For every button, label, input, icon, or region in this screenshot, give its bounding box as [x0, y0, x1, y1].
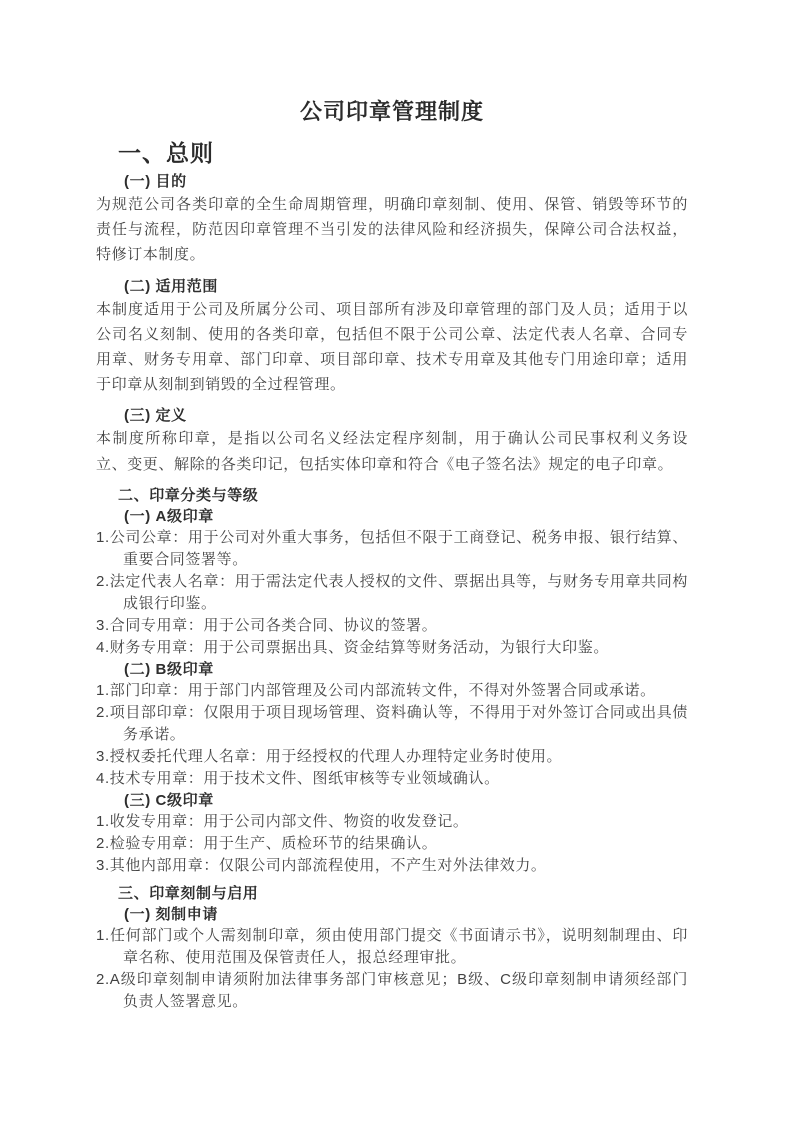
list-item: 4.财务专用章：用于公司票据出具、资金结算等财务活动，为银行大印鉴。 — [96, 637, 688, 659]
list-item: 1.收发专用章：用于公司内部文件、物资的收发登记。 — [96, 811, 688, 833]
list-item: 1.任何部门或个人需刻制印章，须由使用部门提交《书面请示书》，说明刻制理由、印章… — [96, 925, 688, 969]
list-item: 3.合同专用章：用于公司各类合同、协议的签署。 — [96, 615, 688, 637]
list-item-text: 任何部门或个人需刻制印章，须由使用部门提交《书面请示书》，说明刻制理由、印章名称… — [110, 927, 688, 966]
list-item: 2.检验专用章：用于生产、质检环节的结果确认。 — [96, 833, 688, 855]
list-item-text: 项目部印章：仅限用于项目现场管理、资料确认等，不得用于对外签订合同或出具债务承诺… — [110, 704, 688, 743]
section-heading-grade-a: (一) A级印章 — [124, 506, 688, 527]
paragraph-scope: 本制度适用于公司及所属分公司、项目部所有涉及印章管理的部门及人员；适用于以公司名… — [96, 297, 688, 398]
list-item-text: 其他内部用章：仅限公司内部流程使用，不产生对外法律效力。 — [110, 857, 547, 874]
section-heading-engrave-apply: (一) 刻制申请 — [124, 904, 688, 925]
list-item-text: 技术专用章：用于技术文件、图纸审核等专业领域确认。 — [110, 770, 500, 787]
section-heading-grade-c: (三) C级印章 — [124, 790, 688, 811]
list-item-number: 1. — [96, 927, 110, 944]
chapter-1-heading: 一、总则 — [118, 139, 688, 167]
list-item-text: 检验专用章：用于生产、质检环节的结果确认。 — [110, 835, 438, 852]
list-item-text: 公司公章：用于公司对外重大事务，包括但不限于工商登记、税务申报、银行结算、重要合… — [110, 529, 688, 568]
list-item: 3.授权委托代理人名章：用于经授权的代理人办理特定业务时使用。 — [96, 746, 688, 768]
section-heading-scope: (二) 适用范围 — [124, 276, 688, 297]
list-item: 2.法定代表人名章：用于需法定代表人授权的文件、票据出具等，与财务专用章共同构成… — [96, 571, 688, 615]
list-item-number: 3. — [96, 748, 110, 765]
list-item-number: 4. — [96, 639, 110, 656]
list-item-text: 部门印章：用于部门内部管理及公司内部流转文件，不得对外签署合同或承诺。 — [110, 682, 656, 699]
paragraph-purpose: 为规范公司各类印章的全生命周期管理，明确印章刻制、使用、保管、销毁等环节的责任与… — [96, 192, 688, 268]
section-heading-grade-b: (二) B级印章 — [124, 659, 688, 680]
list-item: 1.部门印章：用于部门内部管理及公司内部流转文件，不得对外签署合同或承诺。 — [96, 680, 688, 702]
list-item: 4.技术专用章：用于技术文件、图纸审核等专业领域确认。 — [96, 768, 688, 790]
list-item-number: 2. — [96, 835, 110, 852]
list-item-number: 1. — [96, 682, 110, 699]
list-item-number: 3. — [96, 857, 110, 874]
paragraph-definition: 本制度所称印章，是指以公司名义经法定程序刻制，用于确认公司民事权利义务设立、变更… — [96, 426, 688, 476]
list-item-number: 3. — [96, 617, 110, 634]
list-item-text: 法定代表人名章：用于需法定代表人授权的文件、票据出具等，与财务专用章共同构成银行… — [110, 573, 688, 612]
document-page: 公司印章管理制度 一、总则 (一) 目的 为规范公司各类印章的全生命周期管理，明… — [0, 0, 793, 1122]
section-heading-purpose: (一) 目的 — [124, 171, 688, 192]
list-item: 2.项目部印章：仅限用于项目现场管理、资料确认等，不得用于对外签订合同或出具债务… — [96, 702, 688, 746]
list-item: 3.其他内部用章：仅限公司内部流程使用，不产生对外法律效力。 — [96, 855, 688, 877]
list-item-number: 2. — [96, 971, 110, 988]
list-item-text: 财务专用章：用于公司票据出具、资金结算等财务活动，为银行大印鉴。 — [110, 639, 609, 656]
chapter-2-heading: 二、印章分类与等级 — [118, 485, 688, 506]
list-item-text: 合同专用章：用于公司各类合同、协议的签署。 — [110, 617, 438, 634]
list-item-number: 1. — [96, 529, 110, 546]
section-heading-definition: (三) 定义 — [124, 405, 688, 426]
list-item-text: 授权委托代理人名章：用于经授权的代理人办理特定业务时使用。 — [110, 748, 562, 765]
list-item-number: 4. — [96, 770, 110, 787]
list-item-number: 2. — [96, 704, 110, 721]
list-item-text: 收发专用章：用于公司内部文件、物资的收发登记。 — [110, 813, 469, 830]
chapter-3-heading: 三、印章刻制与启用 — [118, 883, 688, 904]
list-item-number: 1. — [96, 813, 110, 830]
list-item-text: A级印章刻制申请须附加法律事务部门审核意见；B级、C级印章刻制申请须经部门负责人… — [110, 971, 688, 1010]
list-item: 1.公司公章：用于公司对外重大事务，包括但不限于工商登记、税务申报、银行结算、重… — [96, 527, 688, 571]
list-item: 2.A级印章刻制申请须附加法律事务部门审核意见；B级、C级印章刻制申请须经部门负… — [96, 969, 688, 1013]
list-item-number: 2. — [96, 573, 110, 590]
doc-title: 公司印章管理制度 — [96, 99, 688, 125]
